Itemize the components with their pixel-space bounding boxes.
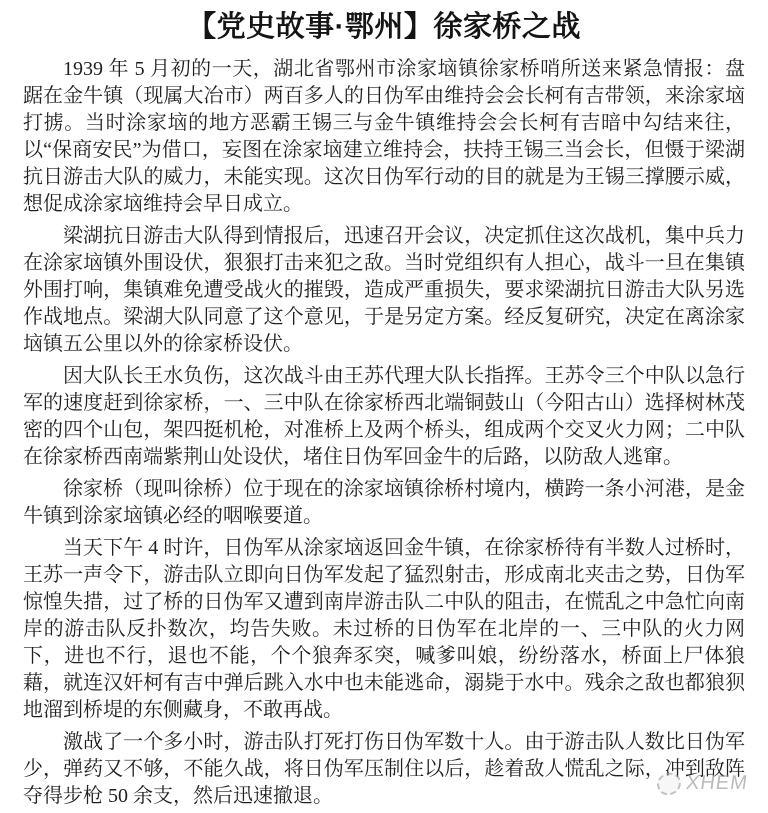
document-page: 【党史故事·鄂州】徐家桥之战 1939 年 5 月初的一天，湖北省鄂州市涂家垴镇… (0, 0, 768, 813)
article-title: 【党史故事·鄂州】徐家桥之战 (23, 8, 745, 46)
article-paragraph-3: 因大队长王水负伤，这次战斗由王苏代理大队长指挥。王苏令三个中队以急行军的速度赶到… (23, 363, 745, 471)
article-paragraph-2: 梁湖抗日游击大队得到情报后，迅速召开会议，决定抓住这次战机，集中兵力在涂家垴镇外… (23, 223, 745, 358)
article-paragraph-6: 激战了一个多小时，游击队打死打伤日伪军数十人。由于游击队人数比日伪军少，弹药又不… (23, 729, 745, 810)
article-paragraph-1: 1939 年 5 月初的一天，湖北省鄂州市涂家垴镇徐家桥哨所送来紧急情报：盘踞在… (23, 56, 745, 218)
article-paragraph-5: 当天下午 4 时许，日伪军从涂家垴返回金牛镇，在徐家桥待有半数人过桥时，王苏一声… (23, 535, 745, 724)
article-paragraph-4: 徐家桥（现叫徐桥）位于现在的涂家垴镇徐桥村境内，横跨一条小河港，是金牛镇到涂家垴… (23, 476, 745, 530)
